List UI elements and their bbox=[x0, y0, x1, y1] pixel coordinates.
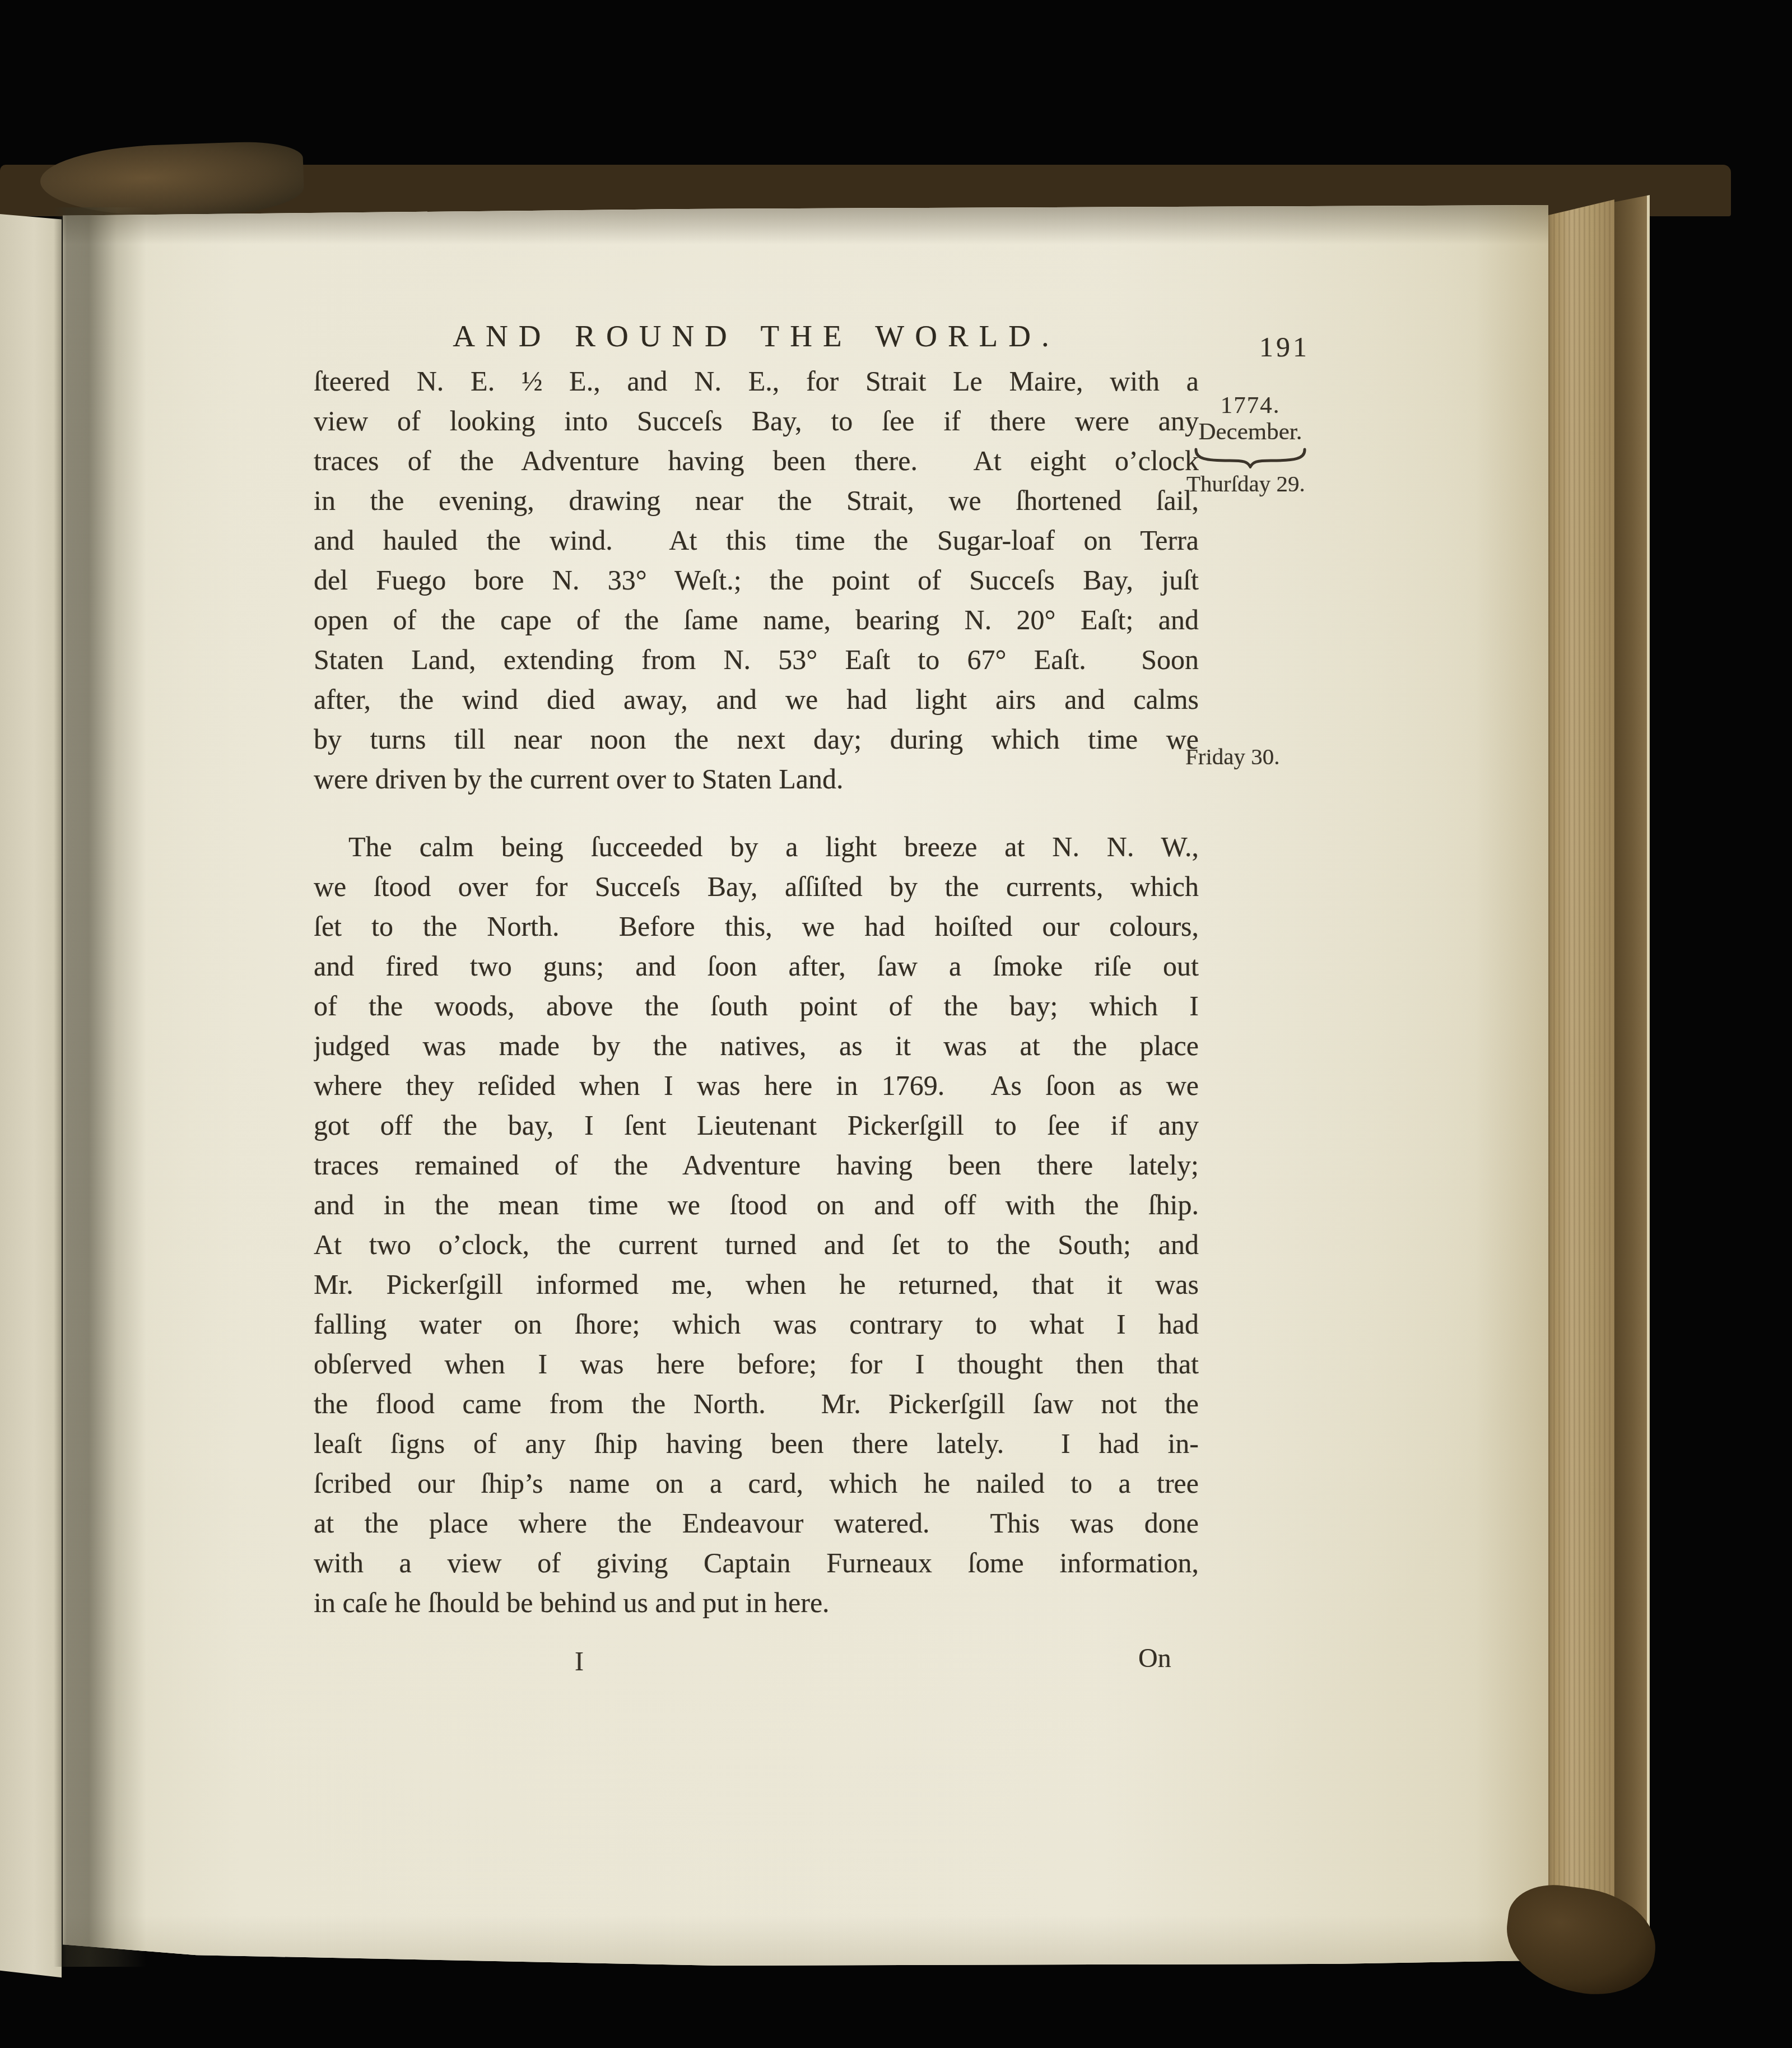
text-line: view of looking into Succeſs Bay, to ſee… bbox=[314, 401, 1199, 441]
text-line: of the woods, above the ſouth point of t… bbox=[314, 986, 1199, 1026]
page-number: 191 bbox=[1259, 331, 1310, 363]
text-line: open of the cape of the ſame name, beari… bbox=[314, 600, 1199, 640]
margin-date-block: 1774. December. Thurſday 29. bbox=[1183, 392, 1318, 496]
margin-note-friday: Friday 30. bbox=[1185, 743, 1280, 770]
text-line: At two o’clock, the current turned and ſ… bbox=[314, 1225, 1199, 1265]
text-line: the flood came from the North. Mr. Picke… bbox=[314, 1384, 1199, 1424]
text-line: at the place where the Endeavour watered… bbox=[314, 1503, 1199, 1543]
text-line: and hauled the wind. At this time the Su… bbox=[314, 521, 1199, 560]
text-line: traces of the Adventure having been ther… bbox=[314, 441, 1199, 481]
margin-note-thursday: Thurſday 29. bbox=[1183, 471, 1318, 496]
text-line: got off the bay, I ſent Lieutenant Picke… bbox=[314, 1106, 1199, 1145]
text-line: falling water on ſhore; which was contra… bbox=[314, 1304, 1199, 1344]
text-line: where they reſided when I was here in 17… bbox=[314, 1066, 1199, 1106]
text-line: after, the wind died away, and we had li… bbox=[314, 680, 1199, 719]
catchword: On bbox=[1138, 1643, 1171, 1674]
text-line: traces remained of the Adventure having … bbox=[314, 1145, 1199, 1185]
text-line: judged was made by the natives, as it wa… bbox=[314, 1026, 1199, 1066]
text-line: leaſt ſigns of any ſhip having been ther… bbox=[314, 1424, 1199, 1464]
text-line: we ſtood over for Succeſs Bay, aſſiſted … bbox=[314, 867, 1199, 907]
printed-text-layer: AND ROUND THE WORLD. 191 1774. December.… bbox=[0, 0, 1792, 2048]
text-line: in caſe he ſhould be behind us and put i… bbox=[314, 1583, 1199, 1623]
text-line: ſteered N. E. ½ E., and N. E., for Strai… bbox=[314, 361, 1199, 401]
text-line: ſet to the North. Before this, we had ho… bbox=[314, 907, 1199, 946]
margin-note-month: December. bbox=[1183, 419, 1318, 445]
text-line: Staten Land, extending from N. 53° Eaſt … bbox=[314, 640, 1199, 680]
text-line: by turns till near noon the next day; du… bbox=[314, 719, 1199, 759]
signature-mark: I bbox=[575, 1646, 584, 1677]
text-line: del Fuego bore N. 33° Weſt.; the point o… bbox=[314, 560, 1199, 600]
text-line: and fired two guns; and ſoon after, ſaw … bbox=[314, 946, 1199, 986]
text-line: in the evening, drawing near the Strait,… bbox=[314, 481, 1199, 521]
text-line: The calm being ſucceeded by a light bree… bbox=[314, 827, 1199, 867]
margin-note-year: 1774. bbox=[1183, 392, 1318, 419]
book-photograph: AND ROUND THE WORLD. 191 1774. December.… bbox=[0, 0, 1792, 2048]
running-title: AND ROUND THE WORLD. bbox=[314, 318, 1199, 354]
text-line: obſerved when I was here before; for I t… bbox=[314, 1344, 1199, 1384]
text-line: and in the mean time we ſtood on and off… bbox=[314, 1185, 1199, 1225]
paragraph: The calm being ſucceeded by a light bree… bbox=[314, 827, 1199, 1623]
text-line: Mr. Pickerſgill informed me, when he ret… bbox=[314, 1265, 1199, 1304]
text-line: ſcribed our ſhip’s name on a card, which… bbox=[314, 1464, 1199, 1503]
text-line: with a view of giving Captain Furneaux ſ… bbox=[314, 1543, 1199, 1583]
paragraph: ſteered N. E. ½ E., and N. E., for Strai… bbox=[314, 361, 1199, 799]
text-line: were driven by the current over to State… bbox=[314, 759, 1199, 799]
brace-icon bbox=[1193, 446, 1308, 468]
